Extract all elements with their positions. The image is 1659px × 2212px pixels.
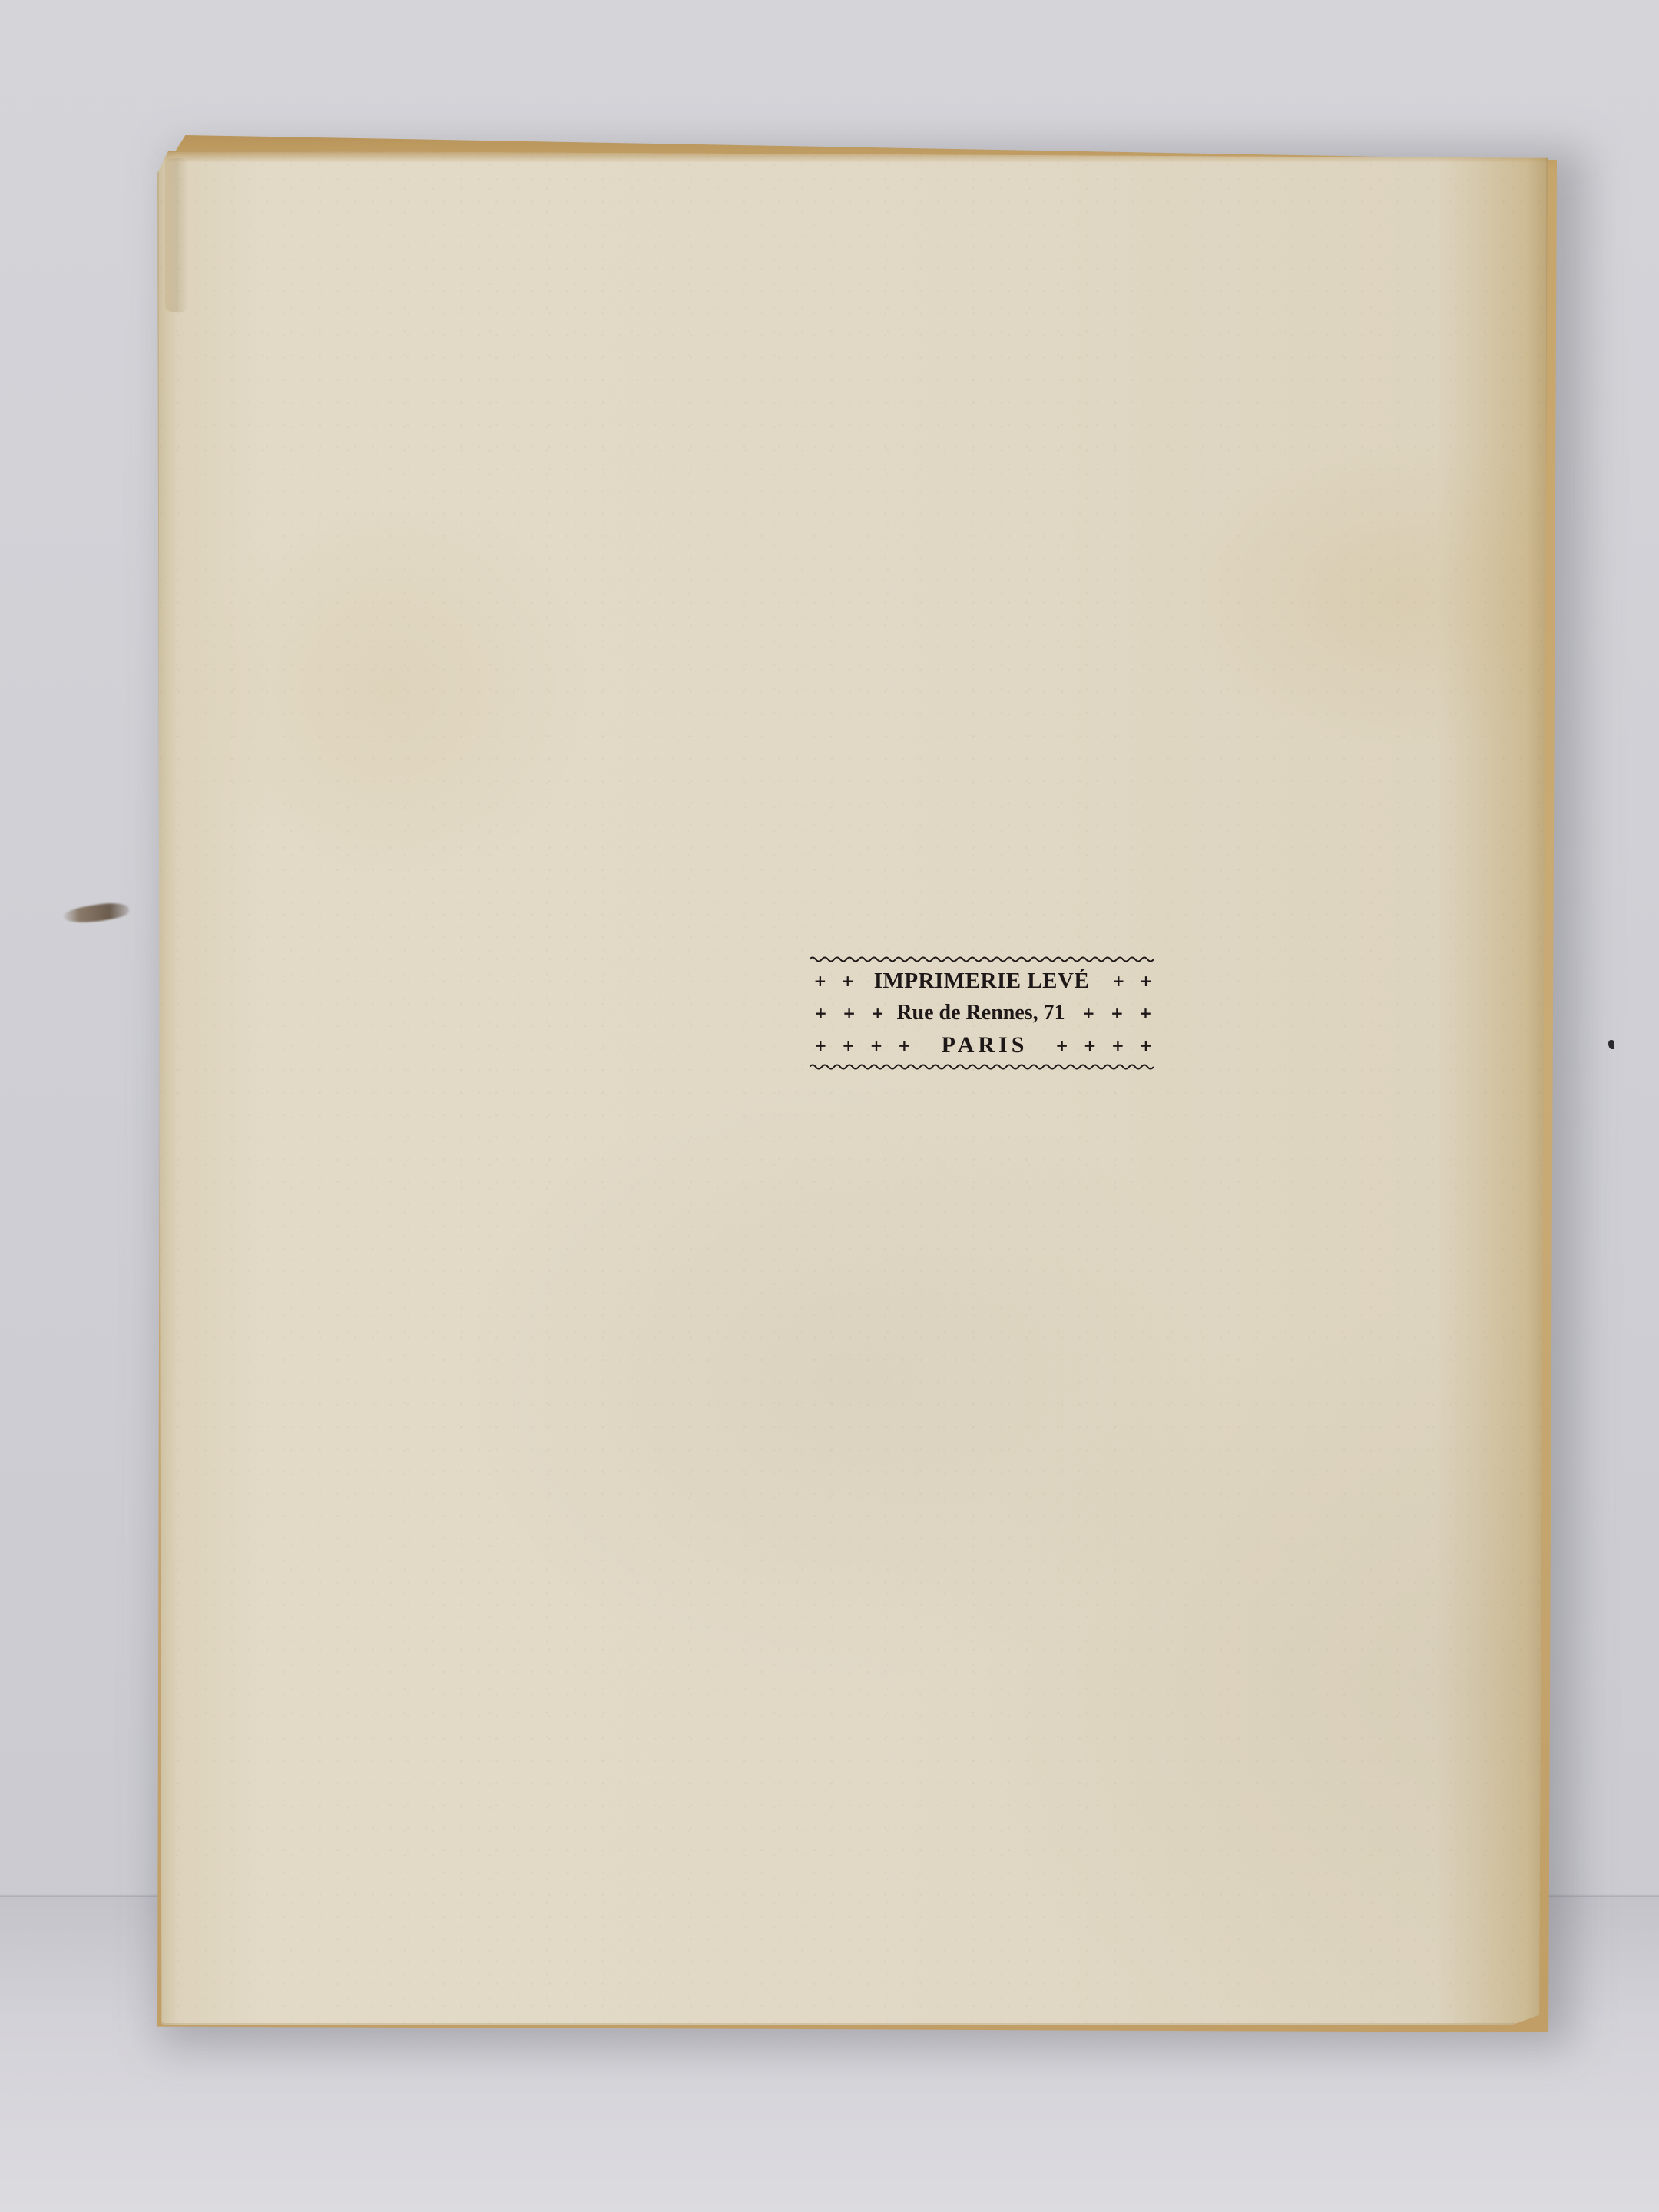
cross-ornament: + <box>1076 1036 1104 1055</box>
printer-city: PARIS <box>937 1032 1033 1058</box>
imprint-line-address: + + + Rue de Rennes, 71 + + + <box>806 997 1160 1029</box>
paper-texture <box>157 151 1548 2025</box>
cross-ornament: + <box>1131 1004 1160 1022</box>
imprint-line-city: + + + + PARIS + + + + <box>806 1029 1160 1061</box>
printer-address: Rue de Rennes, 71 <box>892 1001 1069 1025</box>
cross-ornament: + <box>1048 1036 1075 1055</box>
cross-ornament: + <box>806 1036 834 1055</box>
cross-ornament: + <box>1104 972 1132 990</box>
cross-ornament: + <box>863 1004 892 1022</box>
cover-corner-fold <box>165 158 188 312</box>
book-back-cover <box>157 151 1548 2025</box>
cross-ornament: + <box>835 1004 863 1022</box>
cross-ornament: + <box>834 1036 862 1055</box>
cross-ornament: + <box>1103 1004 1131 1022</box>
cross-ornament: + <box>1132 1036 1160 1055</box>
wall-scuff-mark <box>62 899 131 928</box>
cross-ornament: + <box>1104 1036 1131 1055</box>
cross-ornament: + <box>806 972 834 990</box>
cross-ornament: + <box>863 1036 890 1055</box>
cross-ornament: + <box>806 1004 835 1022</box>
printer-name: IMPRIMERIE LEVÉ <box>869 969 1094 994</box>
wavy-rule-bottom <box>810 1061 1154 1072</box>
wall-speck <box>1608 1040 1614 1049</box>
cross-ornament: + <box>1075 1004 1103 1022</box>
wavy-rule-top <box>810 954 1154 965</box>
cross-ornament: + <box>890 1036 918 1055</box>
imprint-line-printer: + + IMPRIMERIE LEVÉ + + <box>806 965 1160 997</box>
printer-imprint: + + IMPRIMERIE LEVÉ + + + + + Rue de Ren… <box>806 954 1160 1072</box>
cross-ornament: + <box>1132 972 1160 990</box>
cross-ornament: + <box>834 972 862 990</box>
